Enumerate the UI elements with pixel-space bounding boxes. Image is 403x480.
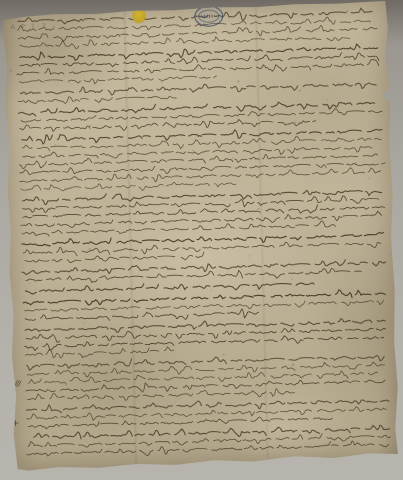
margin-cross-mark: + bbox=[12, 419, 20, 429]
manuscript-ink bbox=[1, 0, 400, 471]
photo-backdrop: { "scene": { "alt": "Scanned medieval pa… bbox=[0, 0, 403, 480]
pencil-inscription: A P 1-3 bbox=[10, 22, 47, 32]
parchment-sheet: A P 1-3 /// + bbox=[1, 0, 400, 471]
